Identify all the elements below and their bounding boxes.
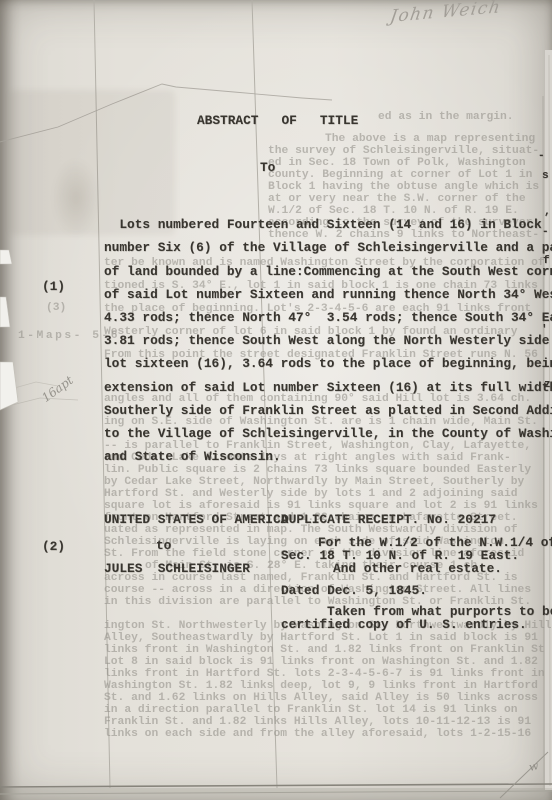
edge-mark: - <box>542 226 549 239</box>
document-page: ed as in the margin.The above is a map r… <box>0 0 552 800</box>
edge-mark: ' <box>541 324 548 337</box>
edge-mark: f <box>543 255 550 268</box>
edge-mark: , <box>544 206 551 219</box>
edge-mark: s <box>542 170 549 183</box>
edge-mark: z <box>544 379 551 392</box>
edge-mark: - <box>538 150 545 163</box>
edge-marks-layer: -s,-f'z <box>0 0 552 800</box>
